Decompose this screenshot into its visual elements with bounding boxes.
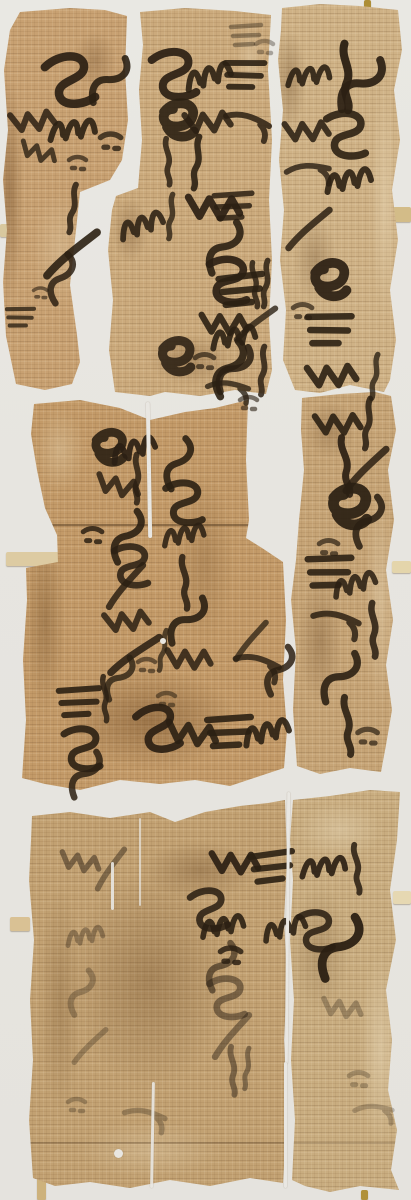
ink-stroke <box>237 302 276 346</box>
mount-tab-right-upper <box>393 207 411 222</box>
papyrus-crack <box>284 1062 287 1188</box>
ink-stroke <box>164 103 194 136</box>
ink-stroke <box>72 752 100 798</box>
mount-tab-left-middle <box>6 552 62 566</box>
ink-stroke <box>262 260 269 306</box>
papyrus-stain <box>230 10 270 110</box>
ink-stroke <box>167 650 210 668</box>
ink-stroke <box>102 676 108 720</box>
ink-stroke <box>111 511 145 562</box>
papyrus-stain <box>20 170 100 330</box>
ink-stroke <box>170 594 206 647</box>
ink-stroke <box>68 927 103 945</box>
ink-stroke <box>167 722 217 746</box>
ink-stroke <box>293 305 312 318</box>
ink-stroke <box>214 193 252 218</box>
ink-stroke <box>315 413 361 434</box>
photo-of-papyrus <box>0 0 411 1200</box>
ink-stroke <box>60 852 100 873</box>
papyrus-stain <box>105 185 155 275</box>
ink-stroke <box>192 137 201 189</box>
ink-stroke <box>307 364 357 388</box>
ink-stroke <box>34 288 48 298</box>
ink-stroke <box>66 970 97 1015</box>
ink-stroke <box>47 225 97 283</box>
ink-stroke <box>74 1027 106 1065</box>
papyrus-fragment-top-center-strip <box>108 8 272 396</box>
ink-stroke <box>111 628 159 683</box>
papyrus-stain <box>0 30 28 350</box>
papyrus-crack <box>285 792 290 1064</box>
ink-stroke <box>346 446 386 494</box>
ink-stroke <box>250 851 294 882</box>
ink-stroke <box>358 729 378 743</box>
ink-stroke <box>323 651 358 704</box>
ink-stroke <box>158 693 175 705</box>
fragment-join-seam <box>28 524 253 526</box>
ink-stroke <box>44 54 96 106</box>
papyrus-fragment-top-right-strip <box>278 4 402 393</box>
ink-stroke <box>68 1099 85 1111</box>
ink-stroke <box>59 688 100 715</box>
ink-stroke <box>208 383 249 403</box>
ink-stroke <box>251 262 258 306</box>
hieratic-ink-writing-layer <box>0 0 411 1200</box>
ink-stroke <box>264 647 296 695</box>
mount-tab-right-lower <box>393 891 411 904</box>
ink-stroke <box>110 544 153 587</box>
ink-stroke <box>135 455 138 503</box>
ink-stroke <box>333 488 366 525</box>
papyrus-stain <box>295 390 365 470</box>
ink-stroke <box>96 432 123 462</box>
gold-pin-top <box>364 0 371 10</box>
papyrus-fragments-layer <box>0 0 411 1200</box>
ink-stroke <box>107 658 132 700</box>
ink-stroke <box>334 572 376 597</box>
mount-tab-left-upper <box>0 224 16 237</box>
ink-stroke <box>207 717 251 746</box>
ink-stroke <box>202 315 247 333</box>
papyrus-stain <box>25 390 95 510</box>
papyrus-fragment-middle-left-section <box>22 400 287 790</box>
papyrus-stain <box>352 910 408 1190</box>
ink-stroke <box>163 481 205 524</box>
ink-stroke <box>83 529 102 542</box>
ink-stroke <box>165 139 171 185</box>
ink-stroke <box>51 117 96 144</box>
papyrus-fragment-top-left-strip <box>3 8 128 390</box>
ink-stroke <box>245 720 290 746</box>
papyrus-crack <box>111 862 114 910</box>
ink-stroke <box>187 63 232 90</box>
ink-stroke <box>349 1073 368 1086</box>
ink-stroke <box>353 845 361 893</box>
ink-stroke <box>224 60 265 89</box>
ink-stroke <box>296 911 336 951</box>
ink-stroke <box>112 436 156 462</box>
papyrus-stain <box>365 30 405 370</box>
ink-stroke <box>135 706 181 752</box>
papyrus-stain <box>50 1110 250 1190</box>
ink-stroke <box>212 853 258 872</box>
fragment-join-seam <box>292 1142 398 1144</box>
ink-stroke <box>328 169 372 192</box>
ink-stroke <box>204 257 251 305</box>
papyrus-stain <box>130 325 250 395</box>
papyrus-fragment-bottom-right-section <box>290 790 400 1192</box>
ink-stroke <box>340 437 351 494</box>
ink-stroke <box>185 111 231 134</box>
ink-stroke <box>44 254 80 304</box>
papyrus-crack <box>139 818 141 906</box>
papyrus-fringe-bottom-left <box>37 1178 46 1200</box>
ink-stroke <box>322 998 362 1018</box>
papyrus-stain <box>17 490 73 750</box>
ink-stroke <box>230 1047 236 1095</box>
fragment-join-seam <box>30 1142 285 1144</box>
ink-stroke <box>244 1048 251 1089</box>
ink-stroke <box>69 157 86 169</box>
ink-stroke <box>352 497 385 547</box>
ink-stroke <box>302 855 346 881</box>
papyrus-stain <box>358 450 402 750</box>
ink-stroke <box>203 916 244 937</box>
papyrus-stain <box>280 790 400 870</box>
ink-stroke <box>163 341 191 372</box>
papyrus-stain <box>40 830 260 1130</box>
ink-stroke <box>104 609 149 632</box>
ink-stroke <box>307 556 351 587</box>
ink-stroke <box>322 917 359 978</box>
ink-stroke <box>20 141 58 164</box>
ink-stroke <box>256 41 273 53</box>
ink-stroke <box>91 54 129 107</box>
ink-stroke <box>307 314 352 345</box>
ink-stroke <box>161 438 197 489</box>
papyrus-stain <box>165 440 245 680</box>
ink-stroke <box>319 541 338 554</box>
ink-stroke <box>364 399 372 449</box>
ink-stroke <box>61 727 104 770</box>
gold-pin-bottom <box>361 1190 368 1200</box>
ink-stroke <box>95 849 128 888</box>
ink-stroke <box>188 197 239 218</box>
ink-stroke <box>168 194 175 238</box>
mount-tab-right-middle <box>392 561 411 573</box>
ink-stroke <box>286 163 331 190</box>
ink-stroke <box>236 623 266 660</box>
papyrus-stain <box>30 840 90 1160</box>
ink-stroke <box>207 977 248 1018</box>
ink-stroke <box>371 603 377 657</box>
ink-stroke <box>343 44 351 111</box>
ink-stroke <box>314 262 347 297</box>
ink-stroke <box>181 557 189 609</box>
ink-stroke <box>289 205 330 253</box>
ink-stroke <box>195 355 214 368</box>
ink-stroke <box>285 120 330 141</box>
papyrus-stain <box>290 550 350 730</box>
ink-stroke <box>120 212 165 240</box>
papyrus-hole <box>114 1149 123 1158</box>
ink-stroke <box>231 25 261 45</box>
papyrus-crack <box>150 1082 154 1188</box>
papyrus-stain <box>30 650 270 790</box>
ink-stroke <box>215 1015 249 1057</box>
cracks-layer <box>0 0 411 1200</box>
papyrus-stain <box>280 860 360 1040</box>
ink-stroke <box>343 697 352 754</box>
ink-stroke <box>96 474 140 498</box>
ink-stroke <box>6 307 34 326</box>
ink-stroke <box>138 659 155 671</box>
ink-stroke <box>206 943 237 991</box>
ink-stroke <box>68 184 78 232</box>
ink-stroke <box>264 916 306 941</box>
papyrus-hole <box>160 638 166 644</box>
ink-stroke <box>220 948 240 962</box>
ink-stroke <box>190 891 228 929</box>
ink-stroke <box>100 134 120 148</box>
papyrus-fragment-middle-right-strip <box>291 392 396 774</box>
ink-stroke <box>339 54 384 116</box>
papyrus-stain <box>65 20 125 100</box>
papyrus-stain <box>120 830 280 910</box>
ink-stroke <box>288 64 330 89</box>
ink-stroke <box>158 630 168 671</box>
ink-stroke <box>323 111 369 157</box>
mount-tab-left-lower <box>10 917 30 931</box>
ink-stroke <box>218 274 263 305</box>
ink-stroke <box>355 1105 394 1126</box>
ink-stroke <box>165 525 204 546</box>
ink-stroke <box>213 326 255 348</box>
ink-stroke <box>240 397 257 409</box>
ink-stroke <box>370 354 379 398</box>
ink-stroke <box>223 112 270 141</box>
ink-stroke <box>109 565 143 607</box>
papyrus-fragment-bottom-left-section <box>29 800 287 1188</box>
ink-stroke <box>10 109 55 132</box>
papyrus-stain <box>285 200 345 320</box>
ink-stroke <box>210 341 249 397</box>
ink-stroke <box>123 1109 165 1133</box>
ink-stroke <box>233 655 280 683</box>
ink-stroke <box>209 222 240 273</box>
ink-stroke <box>218 345 251 395</box>
ink-stroke <box>152 52 197 97</box>
ink-stroke <box>260 346 266 394</box>
mount-tabs-layer <box>0 0 411 1200</box>
hieratic-ink-strokes <box>6 25 393 1133</box>
papyrus-stain <box>268 10 312 150</box>
papyrus-crack <box>146 402 152 538</box>
ink-stroke <box>311 612 359 639</box>
